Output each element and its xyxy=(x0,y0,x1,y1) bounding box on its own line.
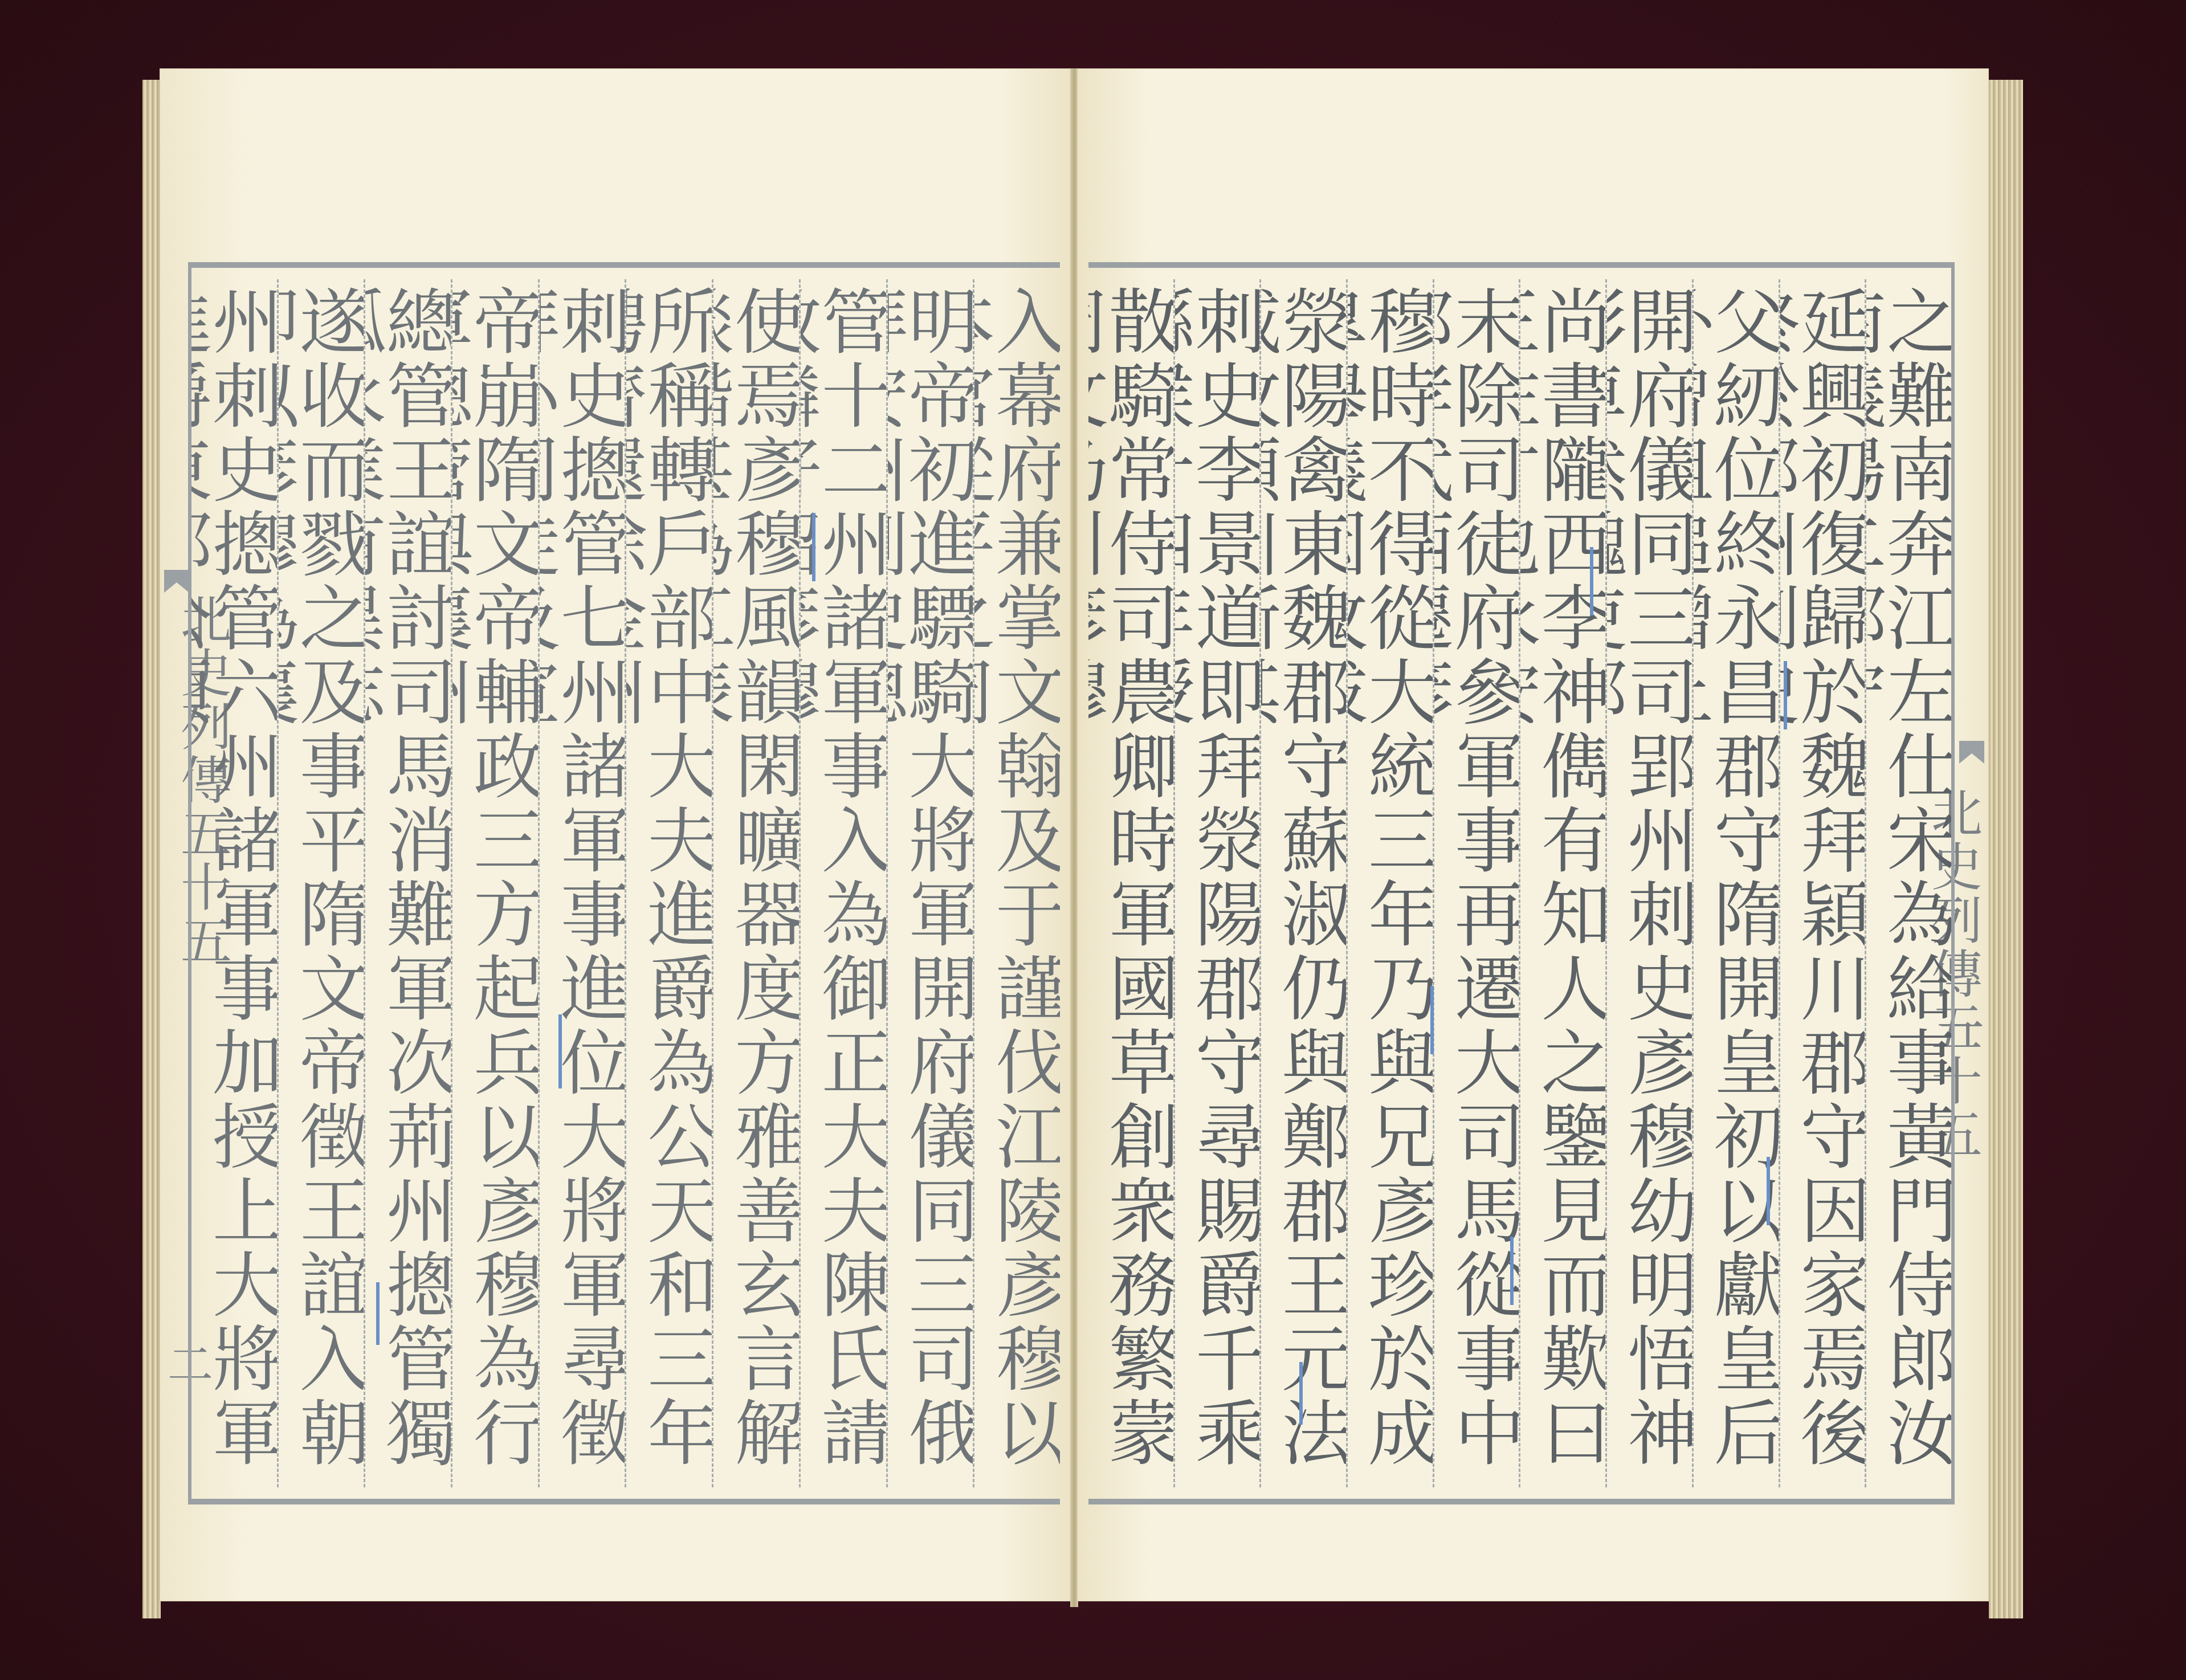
text-columns: 之難南奔江左仕宋為給事黃門侍郎汝南義陽二郡守 延興初復歸於魏拜穎川郡守因家焉後終… xyxy=(1088,279,1951,1487)
text-columns: 入幕府兼掌文翰及于謹伐江陵彥穆以本官從平之周 明帝初進驃騎大將軍開府儀同三司俄拜… xyxy=(191,279,1060,1487)
text-column: 帝崩隋文帝輔政三方起兵以彥穆為行軍摠管與襄州 xyxy=(451,279,538,1487)
blue-annotation-mark xyxy=(376,1282,380,1345)
blue-annotation-mark xyxy=(558,1014,562,1088)
text-column: 延興初復歸於魏拜穎川郡守因家焉後終於郢州刺史 xyxy=(1779,279,1865,1487)
blue-annotation-mark xyxy=(1299,1362,1303,1425)
text-column: 尚書隴西李神儁有知人之鑒見而歎曰王佐才也永安 xyxy=(1519,279,1605,1487)
text-column: 使焉彥穆風韻閑曠器度方雅善玄言解談諧甚為江表 xyxy=(712,279,799,1487)
text-column: 滎陽禽東魏郡守蘇淑仍與鄭郡王元法威攻穎川斬其 xyxy=(1259,279,1346,1487)
blue-annotation-mark xyxy=(1784,661,1787,729)
text-column: 開府儀同三司郢州刺史彥穆幼明悟神彩卓然魏吏部 xyxy=(1605,279,1692,1487)
page-edges-left xyxy=(142,80,161,1618)
text-column: 末除司徒府參軍事再遷大司馬從事中郎孝武西遷彥 xyxy=(1433,279,1519,1487)
blue-annotation-mark xyxy=(812,513,815,581)
blue-annotation-mark xyxy=(1590,547,1593,615)
text-column: 刺史摠管七州諸軍事進位大將軍尋徵拜小司徒及宣 xyxy=(538,279,625,1487)
right-page: 北史列傳五十五 一 之難南奔江左仕宋為給事黃門侍郎汝南義陽二郡守 延興初復歸於魏… xyxy=(1077,68,1989,1601)
text-column: 刺史李景道即拜滎陽郡守尋賜爵千乘縣侯十四年授 xyxy=(1173,279,1260,1487)
text-column: 散騎常侍司農卿時軍國草創衆務繁蒙周文乃引彥穆 xyxy=(1088,279,1173,1487)
fishtail-mark-icon xyxy=(164,570,189,593)
left-page: 北史列傳五十五 二 入幕府兼掌文翰及于謹伐江陵彥穆以本官從平之周 明帝初進驃騎大… xyxy=(160,68,1071,1601)
text-column: 入幕府兼掌文翰及于謹伐江陵彥穆以本官從平之周 xyxy=(973,279,1060,1487)
page-edges-right xyxy=(1989,80,2023,1618)
text-column: 遂收而戮之及事平隋文帝徵王誼入朝即以彥穆為襄 xyxy=(277,279,364,1487)
blue-annotation-mark xyxy=(1510,1237,1514,1305)
book-spread: 北史列傳五十五 二 入幕府兼掌文翰及于謹伐江陵彥穆以本官從平之周 明帝初進驃騎大… xyxy=(142,68,2052,1618)
blue-annotation-mark xyxy=(1430,986,1434,1054)
fishtail-mark-icon xyxy=(1959,741,1984,764)
text-column: 之難南奔江左仕宋為給事黃門侍郎汝南義陽二郡守 xyxy=(1865,279,1951,1487)
text-column: 州刺史摠管六州諸軍事加授上大將軍進爵東郡公須 xyxy=(191,279,277,1487)
text-column: 管十二州諸軍事入為御正大夫陳氏請敦隣好詔彥穆 xyxy=(799,279,886,1487)
text-column: 所稱轉戶部中大夫進爵為公天和三年聘齊還除金州 xyxy=(625,279,712,1487)
text-column: 明帝初進驃騎大將軍開府儀同三司俄拜安州刺史摠 xyxy=(886,279,973,1487)
text-column: 穆時不得從大統三年乃與兄彥珍於成皐舉義因攻拔 xyxy=(1346,279,1433,1487)
text-column: 父紉位終永昌郡守隋開皇初以獻皇后外曾祖追贈上 xyxy=(1692,279,1779,1487)
text-frame: 之難南奔江左仕宋為給事黃門侍郎汝南義陽二郡守 延興初復歸於魏拜穎川郡守因家焉後終… xyxy=(1088,262,1955,1504)
blue-annotation-mark xyxy=(1767,1157,1770,1225)
text-frame: 入幕府兼掌文翰及于謹伐江陵彥穆以本官從平之周 明帝初進驃騎大將軍開府儀同三司俄拜… xyxy=(188,262,1060,1504)
